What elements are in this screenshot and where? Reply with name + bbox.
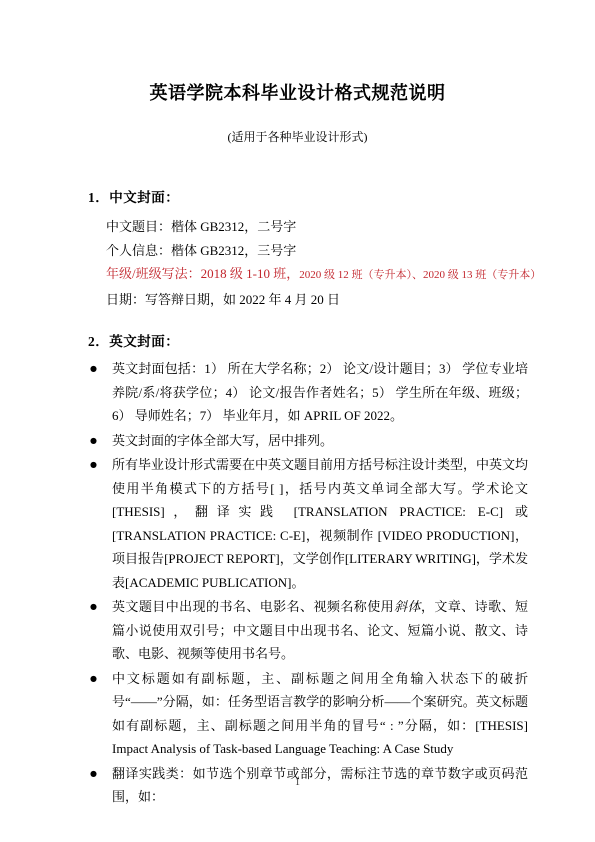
bullet-text: 英文封面包括：1） 所在大学名称；2） 论文/设计题目；3） 学位专业培养院/系…	[112, 361, 528, 423]
list-item: ●中文标题如有副标题，主、副标题之间用全角输入状态下的破折号“——”分隔，如：任…	[88, 667, 528, 761]
bullet-text: 所有毕业设计形式需要在中英文题目前用方括号标注设计类型，中英文均使用半角模式下的…	[112, 457, 528, 590]
grade-class-small-text: 2020 级 12 班（专升本）、2020 级 13 班（专升本）	[299, 269, 541, 281]
list-item: ●英文封面包括：1） 所在大学名称；2） 论文/设计题目；3） 学位专业培养院/…	[88, 357, 528, 428]
bullet-icon: ●	[90, 595, 97, 619]
bullet-text-pre: 英文题目中出现的书名、电影名、视频名称使用	[112, 599, 394, 614]
bullet-icon: ●	[90, 357, 97, 381]
bullet-text: 英文封面的字体全部大写，居中排列。	[112, 433, 333, 448]
list-item: ●英文题目中出现的书名、电影名、视频名称使用斜体，文章、诗歌、短篇小说使用双引号…	[88, 595, 528, 666]
line-chinese-title-font: 中文题目：楷体 GB2312，二号字	[106, 215, 528, 239]
section-chinese-cover: 1．中文封面： 中文题目：楷体 GB2312，二号字 个人信息：楷体 GB231…	[88, 189, 528, 311]
list-item: ●所有毕业设计形式需要在中英文题目前用方括号标注设计类型，中英文均使用半角模式下…	[88, 453, 528, 594]
page-title: 英语学院本科毕业设计格式规范说明	[0, 0, 595, 104]
bullet-icon: ●	[90, 453, 97, 477]
line-personal-info-font: 个人信息：楷体 GB2312，三号字	[106, 239, 528, 263]
section2-bullet-list: ●英文封面包括：1） 所在大学名称；2） 论文/设计题目；3） 学位专业培养院/…	[88, 357, 528, 809]
section1-heading: 1．中文封面：	[88, 189, 528, 206]
line-grade-class-format: 年级/班级写法：2018 级 1-10 班，2020 级 12 班（专升本）、2…	[106, 262, 528, 288]
line-date-format: 日期：写答辩日期，如 2022 年 4 月 20 日	[106, 288, 528, 312]
bullet-text: 中文标题如有副标题，主、副标题之间用全角输入状态下的破折号“——”分隔，如：任务…	[112, 671, 528, 757]
page-number: 1	[0, 777, 595, 788]
grade-class-main-text: 年级/班级写法：2018 级 1-10 班，	[106, 266, 299, 281]
section-english-cover: 2．英文封面： ●英文封面包括：1） 所在大学名称；2） 论文/设计题目；3） …	[88, 333, 528, 809]
section2-heading: 2．英文封面：	[88, 333, 528, 350]
bullet-icon: ●	[90, 667, 97, 691]
document-body: 1．中文封面： 中文题目：楷体 GB2312，二号字 个人信息：楷体 GB231…	[88, 189, 528, 809]
bullet-icon: ●	[90, 429, 97, 453]
section1-lines: 中文题目：楷体 GB2312，二号字 个人信息：楷体 GB2312，三号字 年级…	[106, 215, 528, 311]
document-page: 英语学院本科毕业设计格式规范说明 (适用于各种毕业设计形式) 1．中文封面： 中…	[0, 0, 595, 842]
list-item: ●英文封面的字体全部大写，居中排列。	[88, 429, 528, 453]
bullet-text-italic: 斜体	[394, 599, 421, 614]
page-subtitle: (适用于各种毕业设计形式)	[0, 130, 595, 145]
